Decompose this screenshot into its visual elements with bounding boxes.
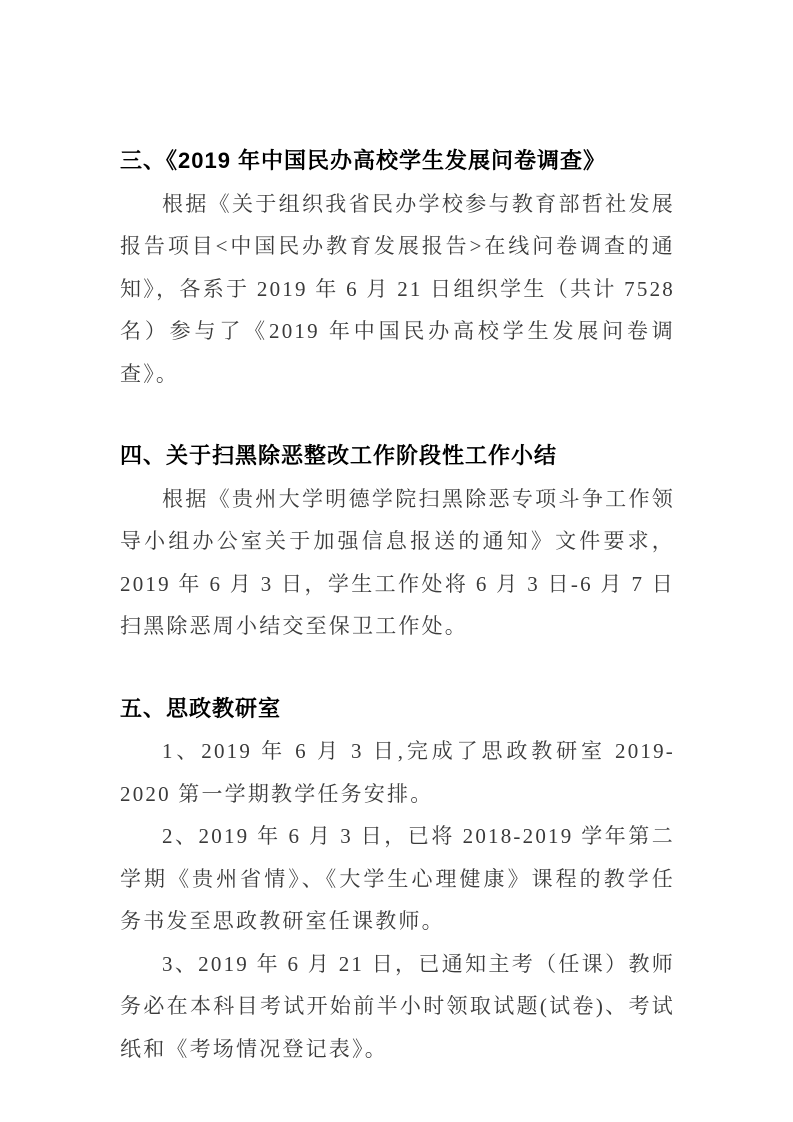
section-heading-4: 四、关于扫黑除恶整改工作阶段性工作小结: [120, 435, 675, 478]
paragraph: 1、2019 年 6 月 3 日,完成了思政教研室 2019-2020 第一学期…: [120, 730, 675, 815]
section-heading-3: 三、《2019 年中国民办高校学生发展问卷调查》: [120, 140, 675, 183]
section-crackdown-summary: 四、关于扫黑除恶整改工作阶段性工作小结 根据《贵州大学明德学院扫黑除恶专项斗争工…: [120, 435, 675, 648]
paragraph: 根据《关于组织我省民办学校参与教育部哲社发展报告项目<中国民办教育发展报告>在线…: [120, 183, 675, 396]
paragraph: 2、2019 年 6 月 3 日，已将 2018-2019 学年第二学期《贵州省…: [120, 815, 675, 943]
paragraph: 根据《贵州大学明德学院扫黑除恶专项斗争工作领导小组办公室关于加强信息报送的通知》…: [120, 478, 675, 648]
paragraph: 3、2019 年 6 月 21 日，已通知主考（任课）教师务必在本科目考试开始前…: [120, 943, 675, 1071]
section-survey: 三、《2019 年中国民办高校学生发展问卷调查》 根据《关于组织我省民办学校参与…: [120, 140, 675, 395]
section-ideology-teaching-office: 五、思政教研室 1、2019 年 6 月 3 日,完成了思政教研室 2019-2…: [120, 688, 675, 1071]
document-page: 三、《2019 年中国民办高校学生发展问卷调查》 根据《关于组织我省民办学校参与…: [0, 0, 793, 1122]
section-heading-5: 五、思政教研室: [120, 688, 675, 731]
